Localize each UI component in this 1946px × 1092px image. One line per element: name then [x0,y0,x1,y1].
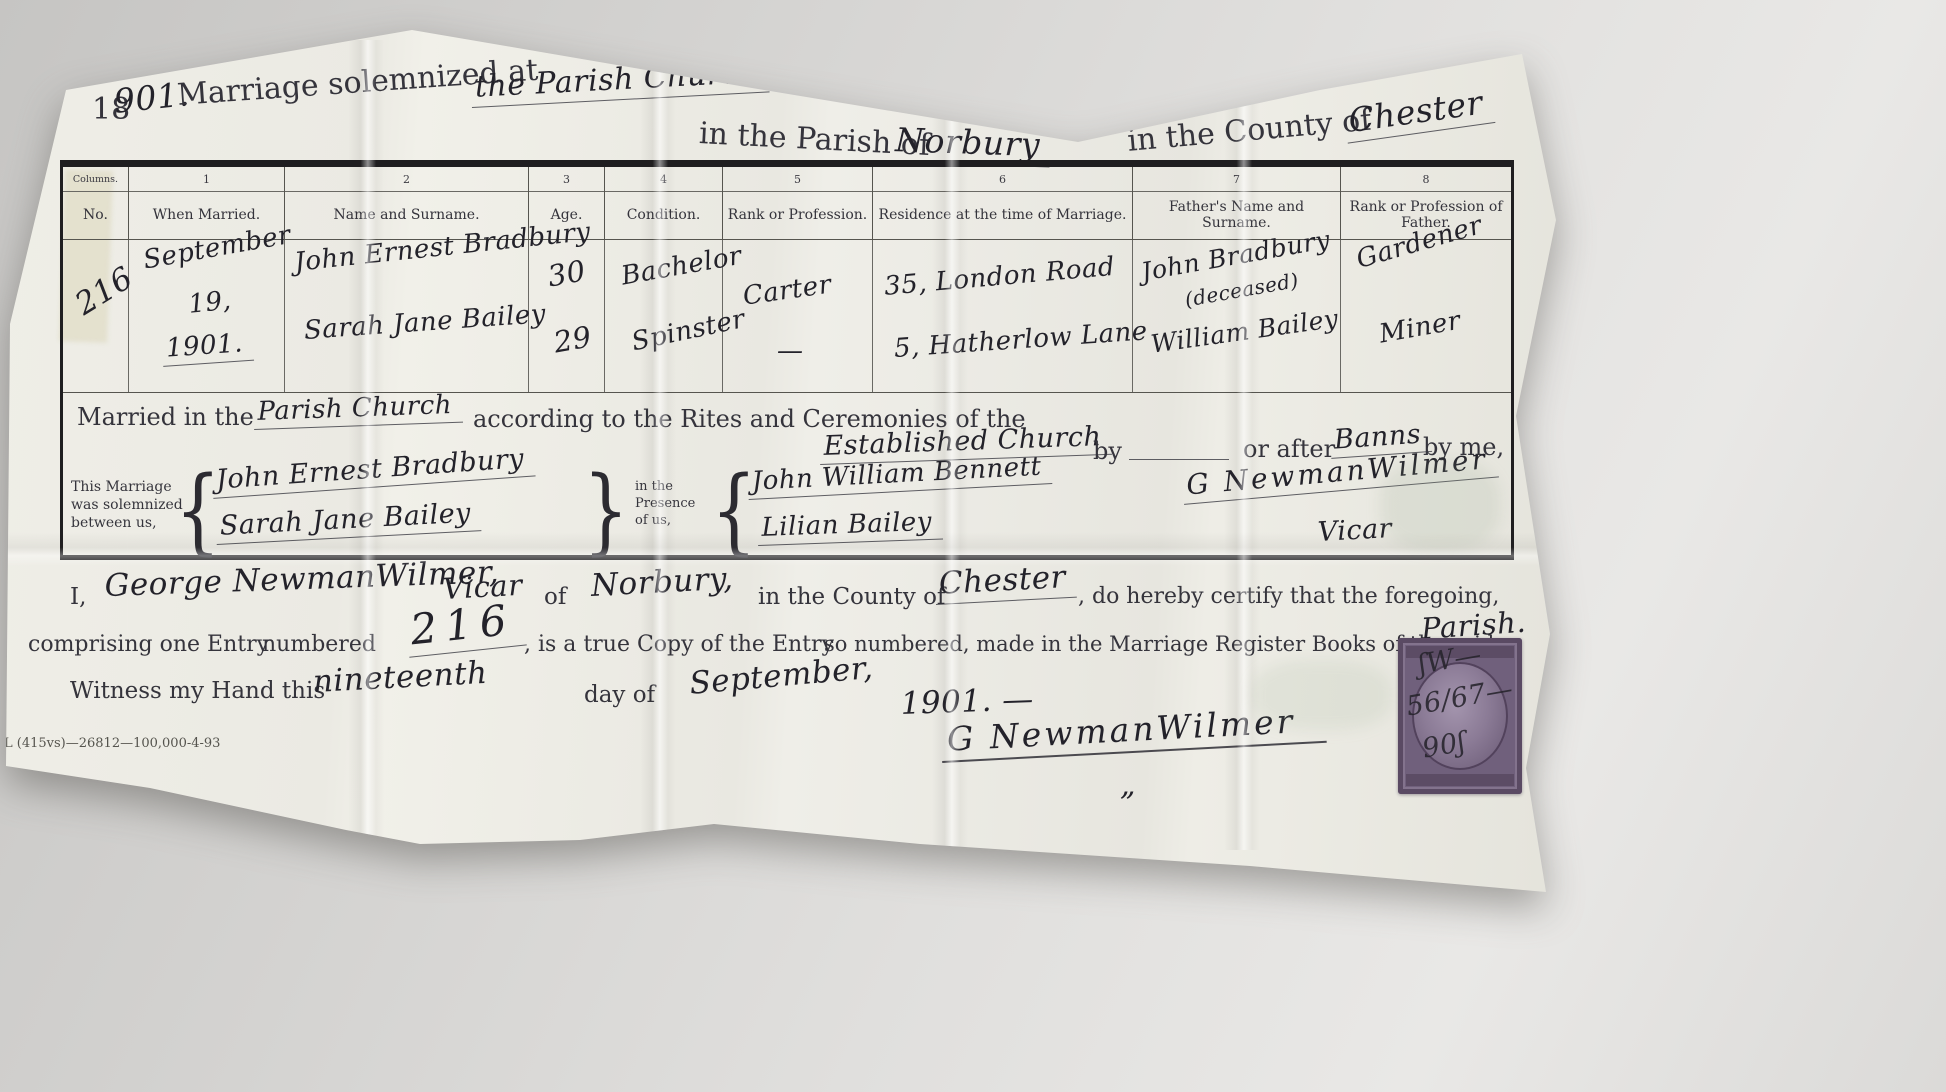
cert-of: of [544,584,566,610]
corner-no-label: No. [63,192,128,239]
entry-day: 19, [187,286,233,320]
cert-certify: , do hereby certify that the foregoing, [1078,584,1499,609]
cert-comprising: comprising one Entry [28,632,269,657]
rites-section: Married in the Parish Church according t… [63,393,1511,465]
solemnized-section: This Marriage was solemnized between us,… [63,465,1511,557]
solemnized-label: This Marriage [71,479,172,495]
cert-month: September, [688,650,875,702]
cert-entry-no: 216 [404,594,527,658]
cert-true-copy: , is a true Copy of the Entry [524,632,834,657]
form-code: L (415vs)—26812—100,000-4-93 [4,736,220,751]
signature-flourish-mark: „ [1120,768,1136,803]
presence-label-1: in the [635,479,673,494]
header-corner: Columns. No. [63,167,129,239]
presence-label-2: Presence [635,496,695,511]
cert-i: I, [70,584,86,610]
register-table: Columns. No. 1 When Married. 2 Name and … [60,160,1514,560]
cert-numbered: numbered [262,632,376,657]
vicar-title: Vicar [1317,513,1393,548]
presence-label-3: of us, [635,513,671,528]
cert-parish: Norbury, [590,561,734,604]
rites-married-in-the: Married in the [77,403,254,431]
cert-day: nineteenth [312,655,488,700]
certificate-paper: 18 901. Marriage solemnized at the Paris… [0,20,1580,900]
bride-signature: Sarah Jane Bailey [215,497,482,545]
corner-columns-label: Columns. [63,167,128,192]
rites-church-hand: Parish Church [253,390,463,430]
rites-by: by [1093,437,1122,465]
header-condition: 4 Condition. [605,167,723,239]
entry-row: 216 September 19, 1901. John Ernest Brad… [63,240,1511,393]
bride-rank: — [777,336,804,366]
marriage-certificate-photo: 18 901. Marriage solemnized at the Paris… [0,0,1580,900]
rites-blank-line [1129,433,1229,460]
cert-vicar-name: George NewmanWilmer, [104,554,500,604]
title-county-hand: Chester [1342,81,1495,143]
close-brace-couple: } [583,463,629,557]
stamp-bottom-band [1406,774,1514,786]
cert-in-county-of: in the County of [758,584,945,610]
groom-age: 30 [545,253,588,293]
cert-witness-hand: Witness my Hand this [70,678,325,704]
header-rank-profession: 5 Rank or Profession. [723,167,873,239]
cert-so-numbered: so numbered, made in the Marriage Regist… [824,632,1494,656]
header-residence: 6 Residence at the time of Marriage. [873,167,1133,239]
entry-year: 1901. [161,328,254,367]
title-in-county-of: in the County of [1126,103,1373,159]
solemnized-label-2: was solemnized [71,497,183,513]
solemnized-label-3: between us, [71,515,157,531]
witness-signature-2: Lilian Bailey [757,507,943,546]
cert-day-of: day of [584,682,655,708]
cert-county: Chester [934,559,1077,605]
bride-age: 29 [551,319,594,359]
